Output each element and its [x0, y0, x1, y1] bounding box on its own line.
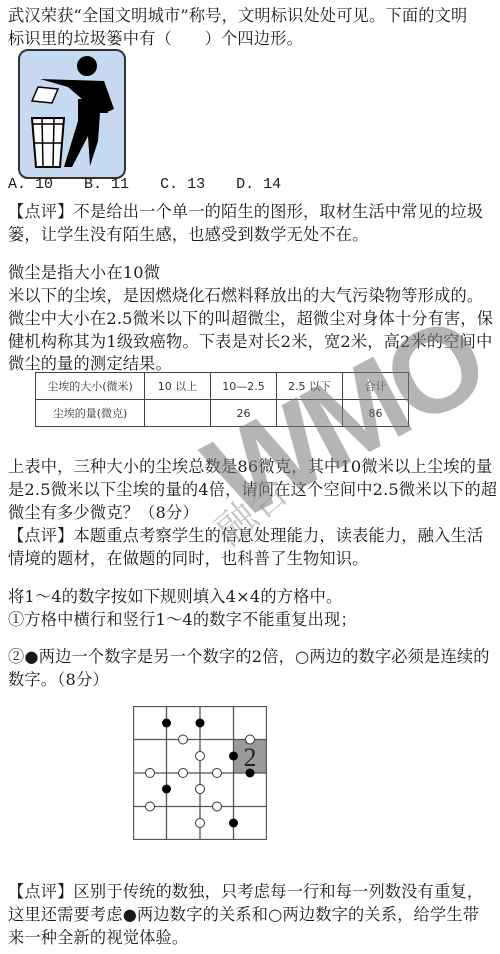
table-cell: 26 — [211, 400, 277, 427]
q3-rule2-line1: ②●两边一个数字是另一个数字的2倍，○两边的数字必须是连续的 — [8, 645, 494, 668]
dust-table: 尘埃的大小(微米) 10 以上 10—2.5 2.5 以下 合计 尘埃的量(微克… — [35, 372, 409, 427]
q1-line1: 武汉荣获“全国文明城市”称号，文明标识处处可见。下面的文明 — [8, 4, 494, 27]
option-b: B. 11 — [84, 176, 129, 193]
litter-bin-sign-icon — [18, 49, 126, 179]
q2-after-line1: 上表中，三种大小的尘埃总数是86微克，其中10微米以上尘埃的量 — [8, 455, 494, 478]
table-cell — [277, 400, 343, 427]
q1-options: A. 10 B. 11 C. 13 D. 14 — [8, 176, 303, 193]
table-header: 合计 — [343, 373, 409, 400]
q2-line2: 米以下的尘埃，是因燃烧化石燃料释放出的大气污染物等形成的。 — [8, 284, 494, 307]
table-header: 10 以上 — [145, 373, 211, 400]
q3-rule1: ①方格中横行和竖行1～4的数字不能重复出现； — [8, 608, 494, 631]
table-header: 10—2.5 — [211, 373, 277, 400]
q3-comment-line2: 这里还需要考虑●两边数字的关系和○两边数字的关系，给学生带 — [8, 903, 494, 926]
q2-after-line2: 是2.5微米以下尘埃的量的4倍，请问在这个空间中2.5微米以下的超 — [8, 478, 494, 501]
table-header: 尘埃的大小(微米) — [36, 373, 145, 400]
option-c: C. 13 — [160, 176, 205, 193]
q2-line4: 健机构称其为1级致癌物。下表是对长2米，宽2米，高2米的空间中 — [8, 330, 494, 353]
table-cell — [145, 400, 211, 427]
q2-after-line3: 微尘有多少微克？（8分） — [8, 501, 494, 524]
q1-comment-line1: 【点评】不是给出一个单一的陌生的图形，取材生活中常见的垃圾 — [8, 200, 494, 223]
q2-line1: 微尘是指大小在10微 — [8, 261, 494, 284]
q1-line2: 标识里的垃圾篓中有（ ）个四边形。 — [8, 27, 494, 50]
given-number: 2 — [244, 743, 257, 772]
q3-comment-line3: 来一种全新的视觉体验。 — [8, 926, 494, 949]
puzzle-grid: 2 — [133, 706, 267, 840]
table-cell: 尘埃的量(微克) — [36, 400, 145, 427]
q2-line3: 微尘中大小在2.5微米以下的叫超微尘，超微尘对身体十分有害，保 — [8, 307, 494, 330]
q3-rule2-line2: 数字。（8分） — [8, 668, 494, 691]
table-header-row: 尘埃的大小(微米) 10 以上 10—2.5 2.5 以下 合计 — [36, 373, 409, 400]
q3-intro: 将1～4的数字按如下规则填入4×4的方格中。 — [8, 585, 494, 608]
q2-comment-line2: 情境的题材，在做题的同时，也科普了生物知识。 — [8, 547, 494, 570]
q3-comment-line1: 【点评】区别于传统的数独，只考虑每一行和每一列数没有重复， — [8, 880, 494, 903]
q2-comment-line1: 【点评】本题重点考察学生的信息处理能力，读表能力，融入生活 — [8, 524, 494, 547]
table-header: 2.5 以下 — [277, 373, 343, 400]
table-row: 尘埃的量(微克) 26 86 — [36, 400, 409, 427]
option-d: D. 14 — [236, 176, 281, 193]
q1-comment-line2: 篓，让学生没有陌生感，也感受到数学无处不在。 — [8, 223, 494, 246]
option-a: A. 10 — [8, 176, 53, 193]
table-cell: 86 — [343, 400, 409, 427]
